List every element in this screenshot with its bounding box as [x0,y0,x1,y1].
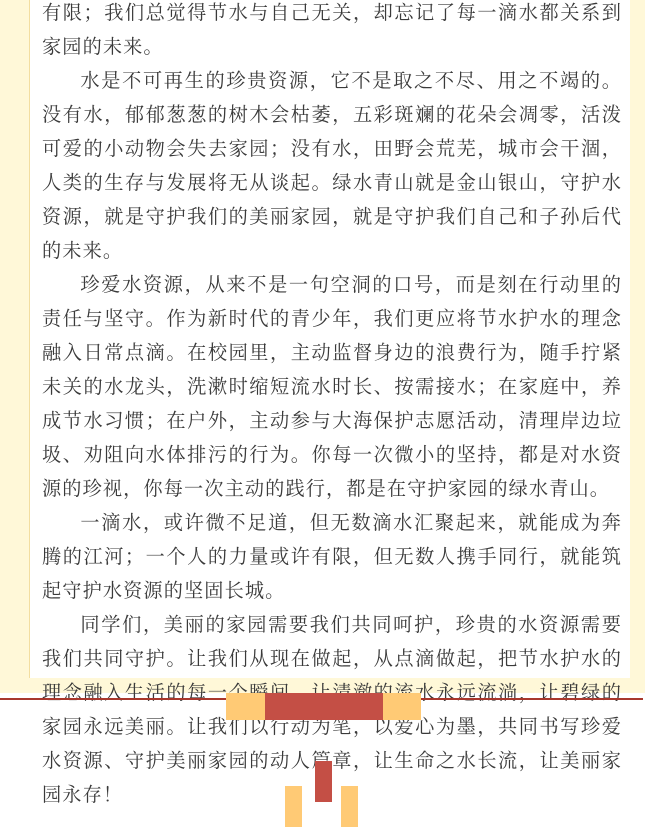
paragraph-3: 珍爱水资源，从来不是一句空洞的口号，而是刻在行动里的责任与坚守。作为新时代的青少… [42,268,622,506]
footer-decor-bar-right [341,786,358,827]
footer-decor-bar-center [315,761,332,802]
divider-bar-left [226,693,265,720]
paragraph-1: 有限；我们总觉得节水与自己无关，却忘记了每一滴水都关系到家园的未来。 [42,0,622,64]
footer-decor-bar-left [285,786,302,827]
article-frame: 有限；我们总觉得节水与自己无关，却忘记了每一滴水都关系到家园的未来。 水是不可再… [0,0,645,693]
divider-bar-center [265,693,383,720]
paragraph-4: 一滴水，或许微不足道，但无数滴水汇聚起来，就能成为奔腾的江河；一个人的力量或许有… [42,506,622,608]
divider-bar-right [383,693,421,720]
paragraph-2: 水是不可再生的珍贵资源，它不是取之不尽、用之不竭的。没有水，郁郁葱葱的树木会枯萎… [42,64,622,268]
article-panel: 有限；我们总觉得节水与自己无关，却忘记了每一滴水都关系到家园的未来。 水是不可再… [29,0,630,678]
article-body: 有限；我们总觉得节水与自己无关，却忘记了每一滴水都关系到家园的未来。 水是不可再… [42,0,622,812]
